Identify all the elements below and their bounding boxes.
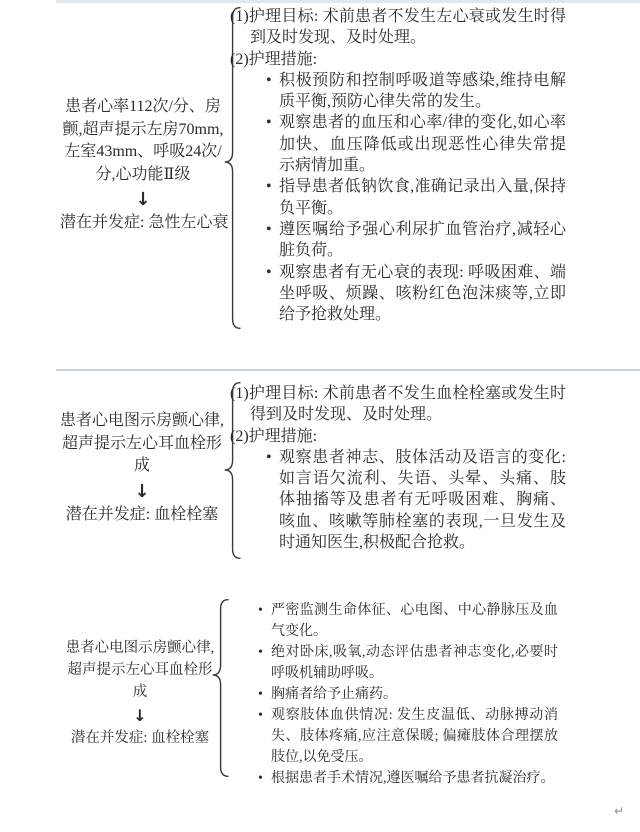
goal-paragraph: (1)护理目标: 术前患者不发生血栓栓塞或发生时得到及时发现、及时处理。: [230, 383, 566, 426]
measures-heading: (2)护理措施:: [230, 426, 566, 447]
measure-item: 根据患者手术情况,遵医嘱给予患者抗凝治疗。: [258, 768, 558, 789]
down-arrow-icon: ↓: [58, 480, 226, 504]
measure-item: 观察患者神志、肢体活动及语言的变化: 如言语欠流利、失语、头晕、头痛、肢体抽搐等…: [266, 447, 566, 553]
measure-item: 遵医嘱给予强心利尿扩血管治疗,减轻心脏负荷。: [266, 219, 566, 262]
measure-item: 积极预防和控制呼吸道等感染,维持电解质平衡,预防心律失常的发生。: [266, 70, 566, 113]
down-arrow-icon: ↓: [62, 705, 218, 727]
measures-list: 严密监测生命体征、心电图、中心静脉压及血气变化。 绝对卧床,吸氧,动态评估患者神…: [258, 600, 558, 789]
document-page: 患者心率112次/分、房颤,超声提示左房70mm,左室43mm、呼吸24次/分,…: [0, 0, 640, 832]
measures-list: 积极预防和控制呼吸道等感染,维持电解质平衡,预防心律失常的发生。 观察患者的血压…: [266, 70, 566, 326]
measures-list: 观察患者神志、肢体活动及语言的变化: 如言语欠流利、失语、头晕、头痛、肢体抽搐等…: [266, 447, 566, 553]
measure-item: 绝对卧床,吸氧,动态评估患者神志变化,必要时呼吸机辅助呼吸。: [258, 642, 558, 684]
measures-heading: (2)护理措施:: [230, 49, 566, 70]
measure-item: 观察肢体血供情况: 发生皮温低、动脉搏动消失、肢体疼痛,应注意保暖; 偏瘫肢体合…: [258, 705, 558, 768]
top-divider-line: [56, 0, 640, 3]
measure-item: 严密监测生命体征、心电图、中心静脉压及血气变化。: [258, 600, 558, 642]
care-plan-block: 严密监测生命体征、心电图、中心静脉压及血气变化。 绝对卧床,吸氧,动态评估患者神…: [246, 600, 558, 789]
care-plan-block: (1)护理目标: 术前患者不发生左心衰或发生时得到及时发现、及时处理。 (2)护…: [230, 6, 566, 325]
complication-text: 潜在并发症: 血栓栓塞: [62, 727, 218, 749]
condition-text: 患者心率112次/分、房颤,超声提示左房70mm,左室43mm、呼吸24次/分,…: [60, 96, 226, 186]
complication-text: 潜在并发症: 血栓栓塞: [58, 504, 226, 527]
care-plan-block: (1)护理目标: 术前患者不发生血栓栓塞或发生时得到及时发现、及时处理。 (2)…: [230, 383, 566, 553]
measure-item: 观察患者有无心衰的表现: 呼吸困难、端坐呼吸、烦躁、咳粉红色泡沫痰等,立即给予抢…: [266, 262, 566, 326]
down-arrow-icon: ↓: [60, 188, 226, 212]
condition-block: 患者心率112次/分、房颤,超声提示左房70mm,左室43mm、呼吸24次/分,…: [60, 96, 226, 235]
condition-block: 患者心电图示房颤心律,超声提示左心耳血栓形成 ↓ 潜在并发症: 血栓栓塞: [62, 637, 218, 749]
curly-brace-icon: [212, 599, 229, 777]
condition-text: 患者心电图示房颤心律,超声提示左心耳血栓形成: [62, 637, 218, 703]
condition-text: 患者心电图示房颤心律,超声提示左心耳血栓形成: [58, 410, 226, 478]
complication-text: 潜在并发症: 急性左心衰: [60, 212, 226, 235]
measure-item: 胸痛者给予止痛药。: [258, 684, 558, 705]
condition-block: 患者心电图示房颤心律,超声提示左心耳血栓形成 ↓ 潜在并发症: 血栓栓塞: [58, 410, 226, 526]
return-mark-icon: ↵: [614, 804, 624, 818]
measure-item: 观察患者的血压和心率/律的变化,如心率加快、血压降低或出现恶性心律失常提示病情加…: [266, 112, 566, 176]
measure-item: 指导患者低钠饮食,准确记录出入量,保持负平衡。: [266, 176, 566, 219]
section-divider-line: [56, 369, 640, 371]
goal-paragraph: (1)护理目标: 术前患者不发生左心衰或发生时得到及时发现、及时处理。: [230, 6, 566, 49]
